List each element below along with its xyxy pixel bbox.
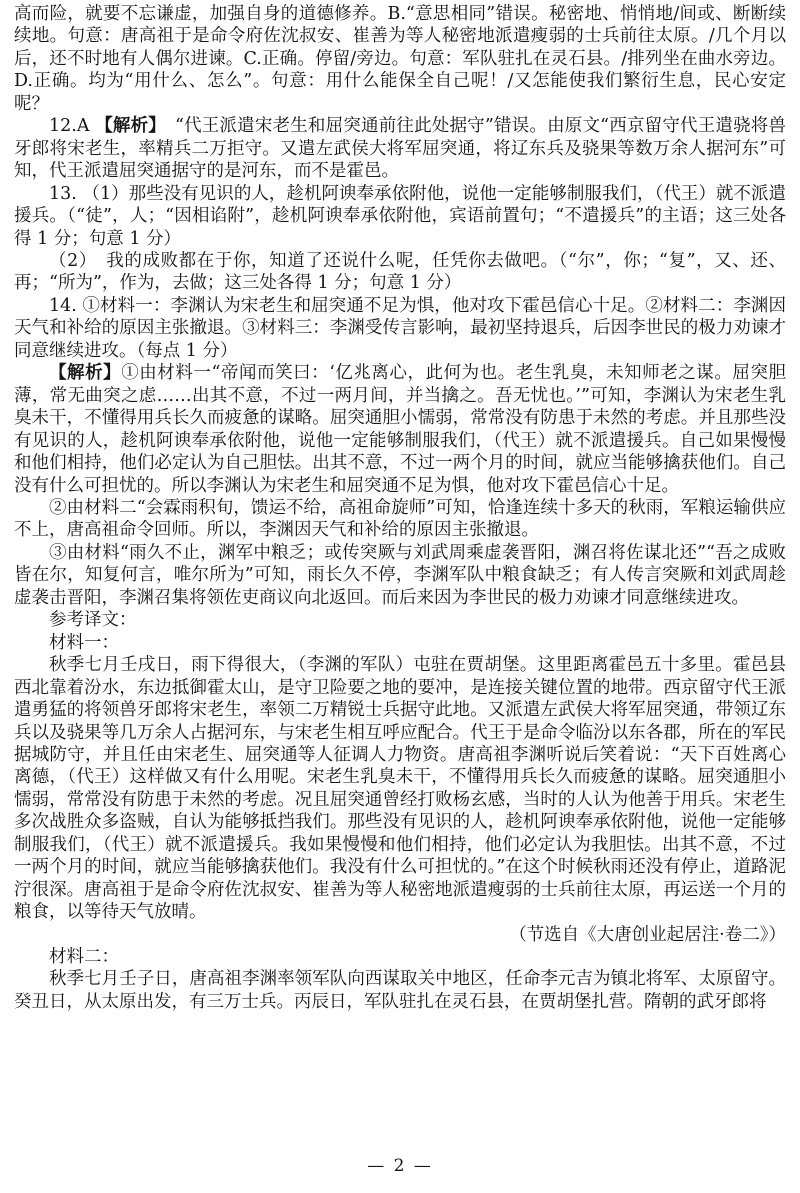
source-citation: （节选自《大唐创业起居注·卷二》） [14,924,786,946]
material-1-translation: 秋季七月壬戌日，雨下得很大，（李渊的军队）屯驻在贾胡堡。这里距离霍邑五十多里。霍… [14,654,786,923]
answer-12: 12.A 【解析】 “代王派遣宋老生和屈突通前往此处据守”错误。由原文“西京留守… [14,115,786,182]
page-number: — 2 — [0,1155,800,1177]
material-1-heading: 材料一： [14,632,786,654]
document-page: 高而险，就要不忘谦虚，加强自身的道德修养。B.“意思相同”错误。秘密地、悄悄地/… [0,0,800,1193]
answer-12-number: 12.A [49,116,95,136]
analysis-label: 【解析】 [95,116,157,136]
analysis-14-point2: ②由材料二“会霖雨积旬，馈运不给，高祖命旋师”可知，恰逢连续十多天的秋雨，军粮运… [14,497,786,542]
answer-13-1: 13. （1）那些没有见识的人，趁机阿谀奉承依附他，说他一定能够制服我们，（代王… [14,183,786,250]
continuation-text: 高而险，就要不忘谦虚，加强自身的道德修养。B.“意思相同”错误。秘密地、悄悄地/… [14,3,786,115]
analysis-label: 【解析】 [49,363,121,383]
material-2-heading: 材料二： [14,946,786,968]
analysis-14-point3: ③由材料“雨久不止，渊军中粮乏；或传突厥与刘武周乘虚袭晋阳，渊召将佐谋北还”“吾… [14,542,786,609]
answer-13-2: （2） 我的成败都在于你，知道了还说什么呢，任凭你去做吧。（“尔”，你；“复”，… [14,250,786,295]
answer-14: 14. ①材料一：李渊认为宋老生和屈突通不足为惧，他对攻下霍邑信心十足。②材料二… [14,295,786,362]
material-2-translation: 秋季七月壬子日，唐高祖李渊率领军队向西谋取关中地区，任命李元吉为镇北将军、太原留… [14,968,786,1013]
analysis-14-point1-text: ①由材料一“帝闻而笑曰：‘亿兆离心，此何为也。老生乳臭，未知师老之谋。屈突胆薄，… [14,363,786,495]
analysis-14: 【解析】①由材料一“帝闻而笑曰：‘亿兆离心，此何为也。老生乳臭，未知师老之谋。屈… [14,362,786,497]
reference-translation-heading: 参考译文： [14,609,786,631]
